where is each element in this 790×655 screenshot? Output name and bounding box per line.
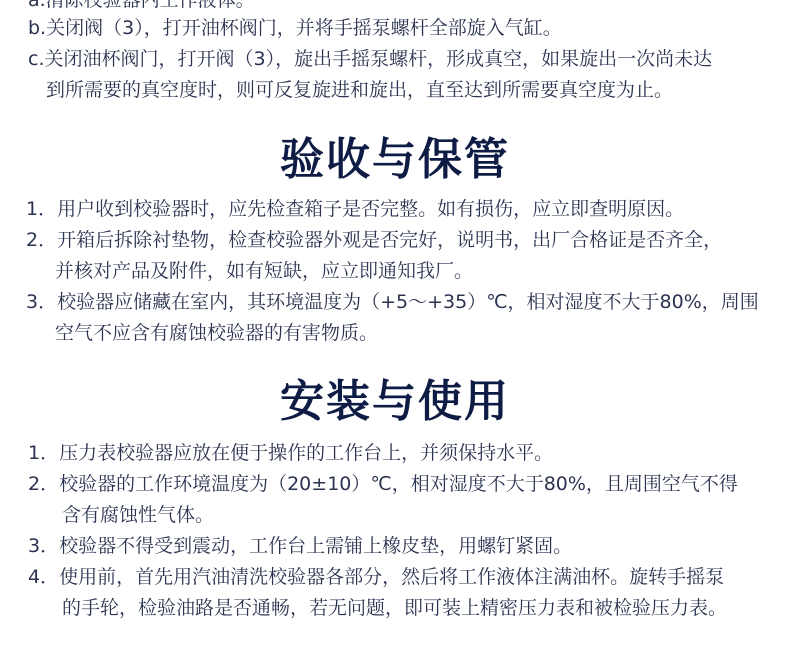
item-text: 用户收到校验器时，应先检查箱子是否完整。如有损伤，应立即查明原因。 (57, 198, 684, 220)
item-text: 开箱后拆除衬垫物，检查校验器外观是否完好，说明书，出厂合格证是否齐全， (57, 229, 722, 251)
section-title-installation: 安装与使用 (0, 376, 790, 428)
acceptance-item-3-cont: 空气不应含有腐蚀校验器的有害物质。 (55, 321, 378, 345)
item-number: 3． (28, 534, 59, 558)
item-text: 校验器的工作环境温度为（20±10）℃，相对湿度不大于80%，且周围空气不得 (59, 473, 738, 495)
intro-step-c-line1: c.关闭油杯阀门，打开阀（3），旋出手摇泵螺杆，形成真空，如果旋出一次尚未达 (28, 47, 712, 71)
item-text: 使用前，首先用汽油清洗校验器各部分，然后将工作液体注满油杯。旋转手摇泵 (59, 566, 724, 588)
intro-step-c-line2: 到所需要的真空度时，则可反复旋进和旋出，直至达到所需要真空度为止。 (46, 78, 673, 102)
item-text: 校验器应储藏在室内，其环境温度为（+5～+35）℃，相对湿度不大于80%，周围 (57, 291, 759, 313)
installation-item-2: 2．校验器的工作环境温度为（20±10）℃，相对湿度不大于80%，且周围空气不得 (28, 472, 738, 496)
intro-step-b: b.关闭阀（3），打开油杯阀门，并将手摇泵螺杆全部旋入气缸。 (28, 16, 562, 40)
item-number: 1． (26, 197, 57, 221)
acceptance-item-1: 1．用户收到校验器时，应先检查箱子是否完整。如有损伤，应立即查明原因。 (26, 197, 684, 221)
item-text: 校验器不得受到震动，工作台上需铺上橡皮垫，用螺钉紧固。 (59, 535, 572, 557)
item-number: 4． (28, 565, 59, 589)
installation-item-4-cont: 的手轮，检验油路是否通畅，若无问题，即可装上精密压力表和被检验压力表。 (62, 596, 727, 620)
item-number: 3． (26, 290, 57, 314)
installation-item-1: 1．压力表校验器应放在便于操作的工作台上，并须保持水平。 (28, 441, 553, 465)
item-number: 1． (28, 441, 59, 465)
item-number: 2． (28, 472, 59, 496)
installation-item-2-cont: 含有腐蚀性气体。 (62, 503, 214, 527)
section-title-acceptance: 验收与保管 (0, 134, 790, 186)
intro-step-a: a.清除校验器内工作液体。 (28, 0, 255, 12)
item-text: 压力表校验器应放在便于操作的工作台上，并须保持水平。 (59, 442, 553, 464)
installation-item-3: 3．校验器不得受到震动，工作台上需铺上橡皮垫，用螺钉紧固。 (28, 534, 572, 558)
acceptance-item-2: 2．开箱后拆除衬垫物，检查校验器外观是否完好，说明书，出厂合格证是否齐全， (26, 228, 722, 252)
acceptance-item-2-cont: 并核对产品及附件，如有短缺，应立即通知我厂。 (55, 259, 473, 283)
item-number: 2． (26, 228, 57, 252)
acceptance-item-3: 3．校验器应储藏在室内，其环境温度为（+5～+35）℃，相对湿度不大于80%，周… (26, 290, 759, 314)
installation-item-4: 4．使用前，首先用汽油清洗校验器各部分，然后将工作液体注满油杯。旋转手摇泵 (28, 565, 724, 589)
